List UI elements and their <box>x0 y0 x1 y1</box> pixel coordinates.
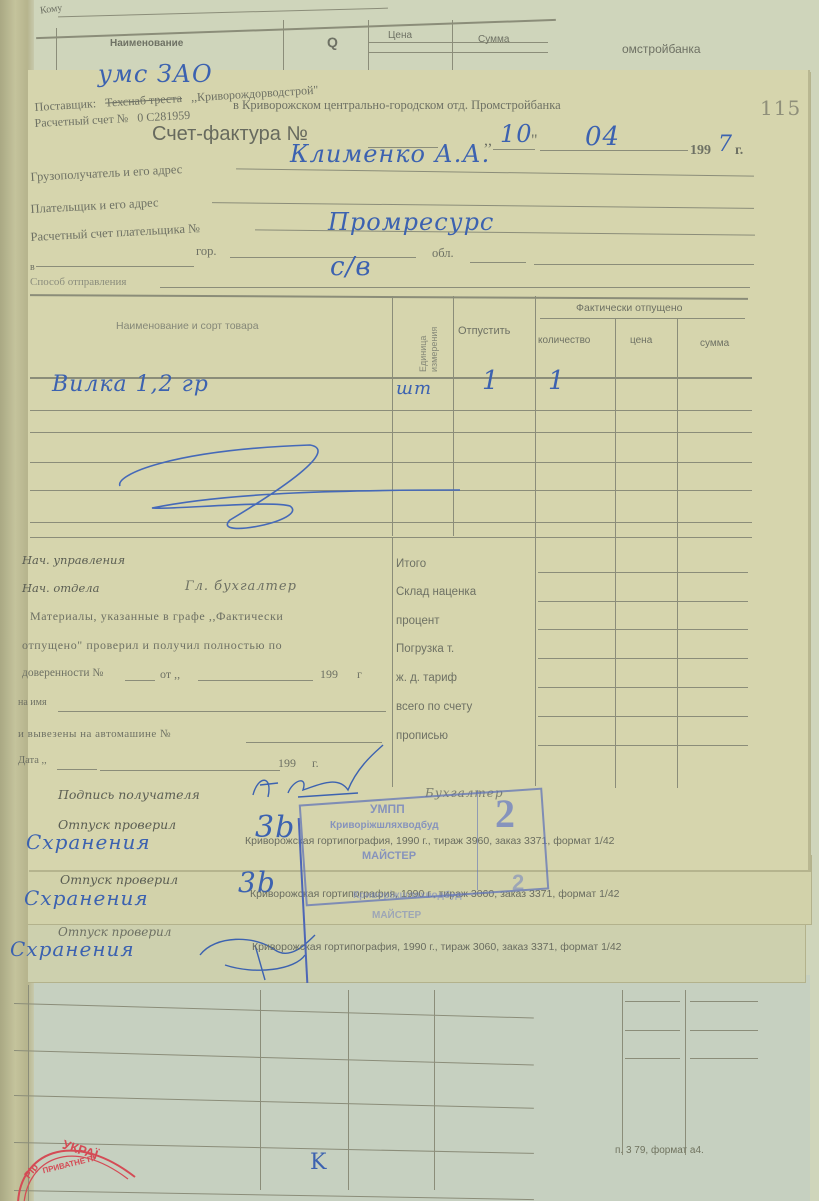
percent-label: процент <box>396 615 440 627</box>
loading-label: Погрузка т. <box>396 643 454 655</box>
markup-label: Склад наценка <box>396 586 476 598</box>
handwritten-doc-number: 115 <box>760 96 801 120</box>
back-right-rule <box>690 1001 758 1002</box>
region-line <box>470 262 526 263</box>
materials-text-1: Материалы, указанные в графе ,,Фактическ… <box>30 609 283 624</box>
col-divider-qty <box>535 296 536 786</box>
date-day-line <box>493 149 535 150</box>
stamp-echo-number: 2 <box>512 870 524 896</box>
totals-rule <box>538 687 748 688</box>
back-header-rule <box>368 42 548 43</box>
date-label: Дата ,, <box>18 755 47 766</box>
date-day-line <box>57 769 97 770</box>
shipping-line <box>160 287 750 288</box>
power-of-attorney-label: доверенности № <box>22 667 103 679</box>
city-line <box>230 257 416 258</box>
back-grid-line <box>260 990 261 1190</box>
date-month: 04 <box>585 122 620 152</box>
slip3-imprint: Криворожская гортипография, 1990 г., тир… <box>252 941 622 953</box>
back-grid-line <box>434 990 435 1190</box>
poa-from-label: от ,, <box>160 667 180 682</box>
col-divider-price <box>615 318 616 788</box>
name-label: на имя <box>18 697 47 708</box>
city-label: гор. <box>196 244 216 259</box>
col-divider-sum <box>677 318 678 788</box>
col-divider-release <box>453 296 454 536</box>
col-header-qty: количество <box>538 335 590 346</box>
back-right-rule <box>625 1030 680 1031</box>
stamp-line-3: МАЙСТЕР <box>362 850 416 862</box>
stamp-echo-line-3: МАЙСТЕР <box>372 910 421 921</box>
date-year-suffix: г. <box>735 143 743 159</box>
in-words-label: прописью <box>396 730 448 742</box>
strike-through-mark <box>110 440 430 540</box>
date-close-quote: " <box>531 132 538 150</box>
poa-year: 199 <box>320 667 338 682</box>
poa-year-g: г <box>357 667 362 682</box>
vehicle-line <box>246 742 382 743</box>
recipient-signature <box>248 745 398 805</box>
handwritten-org: умс ЗАО <box>98 60 213 88</box>
slip2-released-label: Отпуск проверил <box>60 872 178 887</box>
totals-rule <box>538 629 748 630</box>
back-col-q: Q <box>327 34 338 50</box>
row-item-name: Вилка 1,2 гр <box>52 372 209 397</box>
consignee-value: Клименко А.А. <box>290 140 490 168</box>
payer-account-value: Промресурс <box>328 208 494 236</box>
recipient-signature-label: Подпись получателя <box>58 787 200 802</box>
back-col-sum: Сумма <box>478 34 509 45</box>
region-label: обл. <box>432 246 454 261</box>
back-handwritten-mark: K <box>310 1150 327 1175</box>
col-header-release: Отпустить <box>458 325 510 337</box>
row-item-release: 1 <box>482 366 500 396</box>
col-header-unit: Единица измерения <box>418 302 448 372</box>
back-bank-fragment: омстройбанка <box>622 42 701 56</box>
stamp-line-2: Криворіжшляхводбуд <box>330 820 439 831</box>
row-item-qty: 1 <box>548 366 566 396</box>
totals-rule <box>538 572 748 573</box>
col-header-sum: сумма <box>700 338 729 349</box>
head-management-label: Нач. управления <box>22 553 125 567</box>
col-header-name: Наименование и сорт товара <box>116 320 259 332</box>
date-year-handwritten: 7 <box>718 132 733 157</box>
materials-text-2: отпущено" проверил и получил полностью п… <box>22 638 282 653</box>
totals-rule <box>538 745 748 746</box>
back-right-rule <box>690 1058 758 1059</box>
vehicle-label: и вывезены на автомашине № <box>18 728 171 740</box>
chief-accountant-label: Гл. бухгалтер <box>185 579 297 594</box>
stamp-line-1: УМПП <box>370 802 405 816</box>
released-value: Схранения <box>26 830 151 854</box>
back-right-grid-line <box>622 990 623 1155</box>
name-line <box>58 711 386 712</box>
back-footer-imprint: п. 3 79, формат а4. <box>615 1145 704 1156</box>
back-header-rule <box>368 52 548 53</box>
bank-text: в Криворожском центрально-городском отд.… <box>233 98 561 113</box>
head-department-label: Нач. отдела <box>22 581 99 595</box>
shipping-value: с/в <box>330 252 371 282</box>
v-label: в <box>30 262 35 273</box>
back-col-price: Цена <box>388 30 412 41</box>
invoice-title: Счет-фактура № <box>152 123 308 146</box>
row-item-unit: шт <box>396 378 432 399</box>
rail-tariff-label: ж. д. тариф <box>396 672 457 684</box>
shipping-label: Способ отправления <box>30 276 126 288</box>
region-line-2 <box>534 264 754 265</box>
back-right-rule <box>625 1058 680 1059</box>
back-col-name: Наименование <box>110 38 183 49</box>
stamp-divider <box>477 790 478 890</box>
totals-rule <box>538 601 748 602</box>
col-header-actual-group: Фактически отпущено <box>576 302 683 314</box>
row-rule <box>30 410 752 411</box>
back-right-rule <box>690 1030 758 1031</box>
v-line <box>36 266 194 267</box>
totals-rule <box>538 716 748 717</box>
grand-total-label: всего по счету <box>396 701 472 713</box>
back-right-grid-line <box>685 990 686 1155</box>
slip3-released-value: Схранения <box>10 937 135 961</box>
date-year-prefix: 199 <box>690 143 711 159</box>
stamp-echo-line-2: Криворіжшляхводбуд <box>353 890 462 901</box>
group-header-rule <box>540 318 745 319</box>
col-header-price: цена <box>630 335 652 346</box>
poa-date-line <box>198 680 313 681</box>
poa-number-line <box>125 680 155 681</box>
stamp-number: 2 <box>495 790 515 837</box>
totals-rule <box>538 658 748 659</box>
total-label: Итого <box>396 558 426 570</box>
slip2-released-value: Схранения <box>24 886 149 910</box>
back-right-rule <box>625 1001 680 1002</box>
back-grid-line <box>348 990 349 1190</box>
date-day: 10 <box>500 120 533 148</box>
row-rule <box>30 432 752 433</box>
